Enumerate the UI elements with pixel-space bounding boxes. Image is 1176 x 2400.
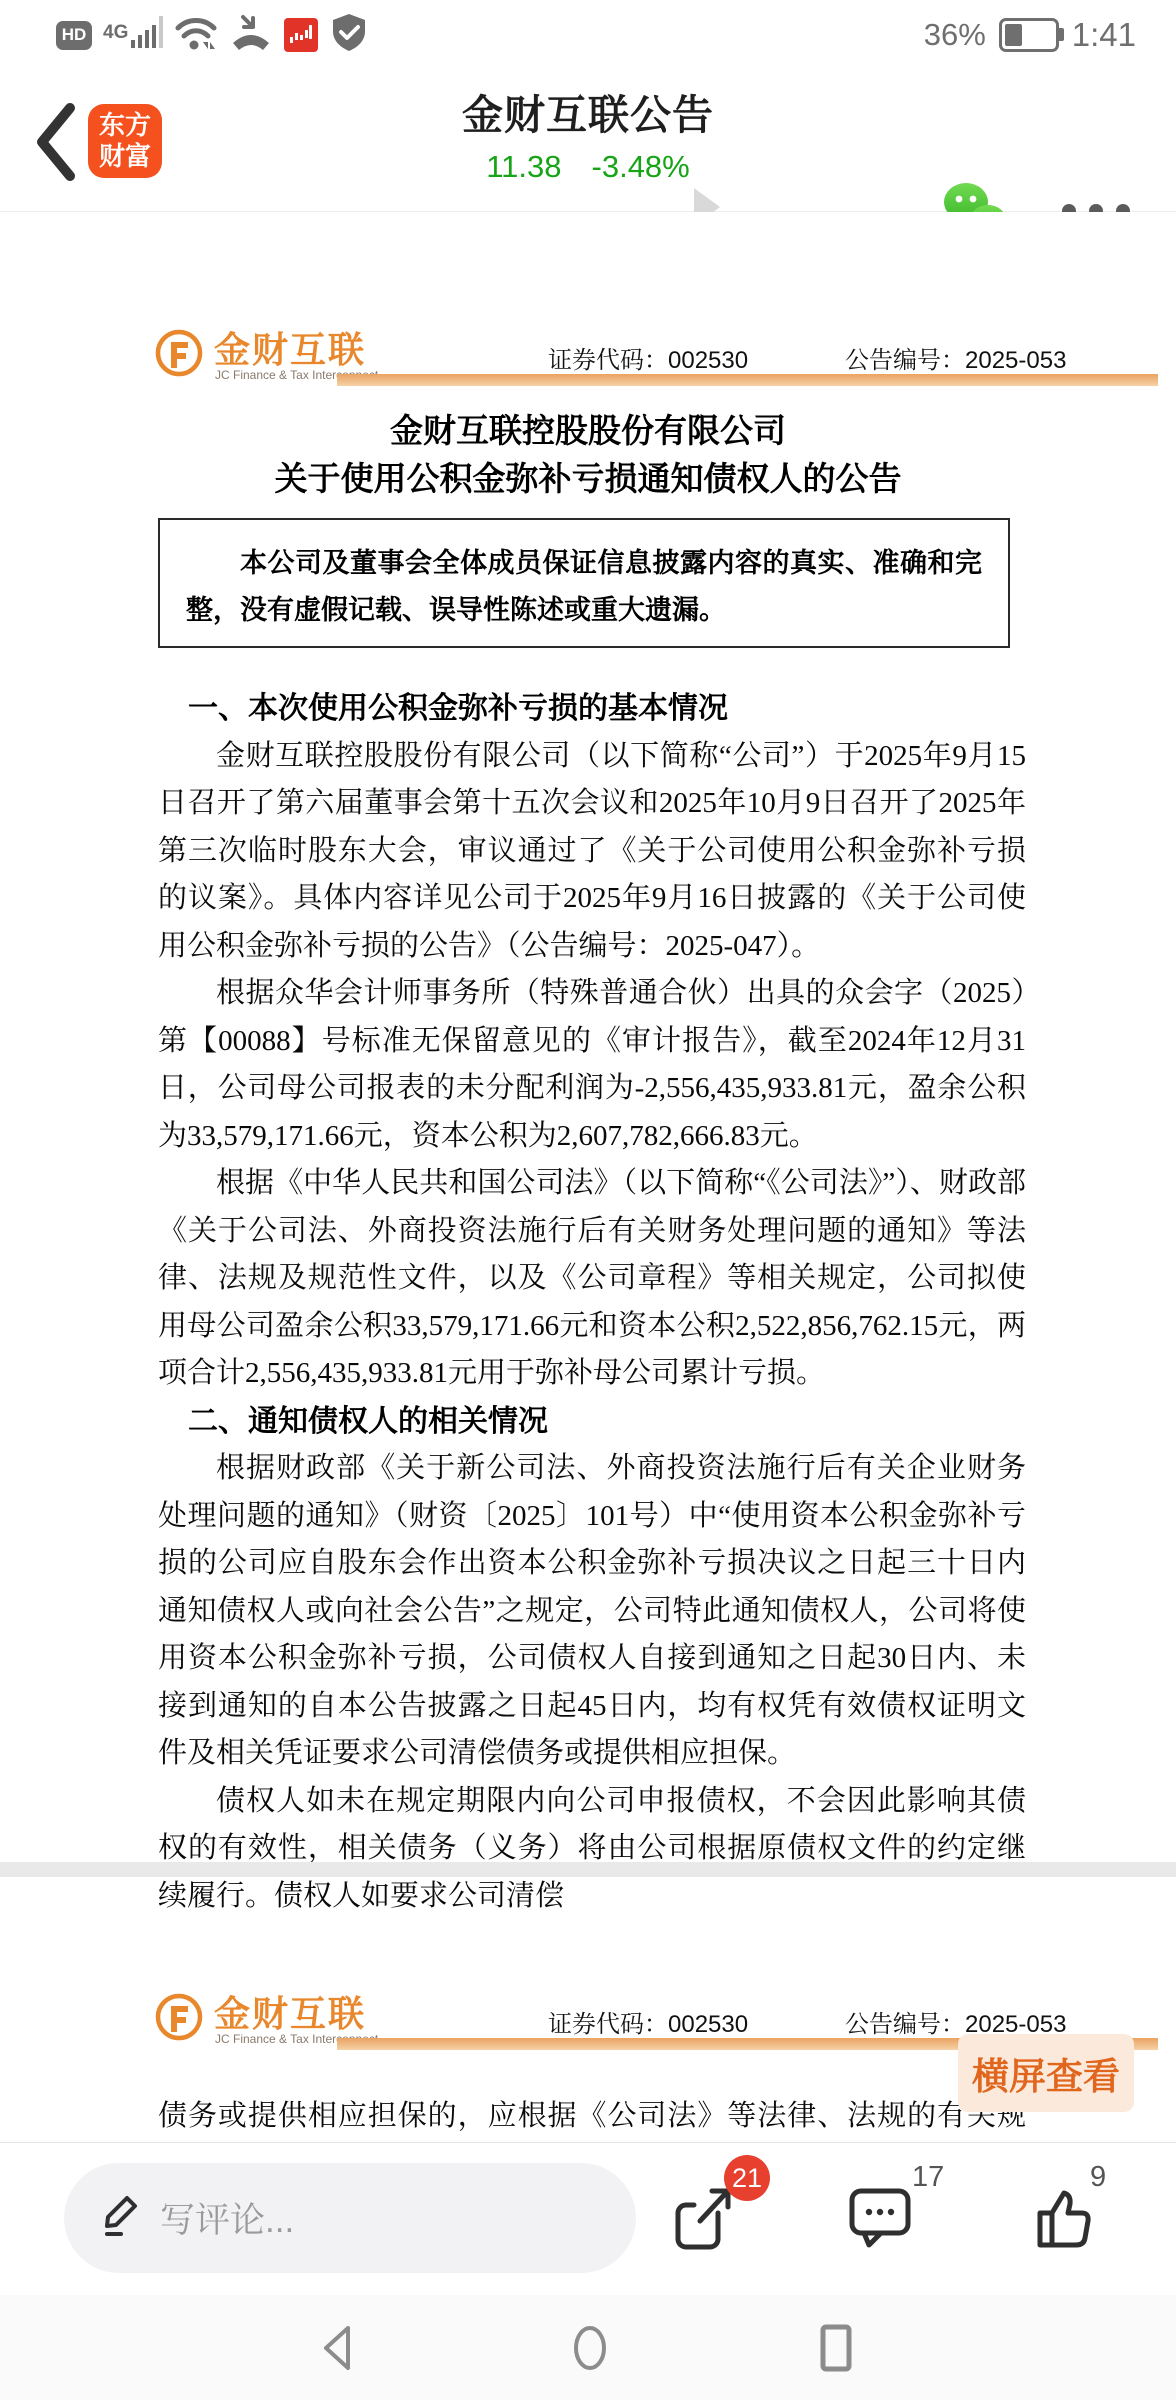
missed-call-icon	[229, 13, 273, 58]
battery-percent-label: 36%	[924, 17, 986, 53]
hd-indicator: HD	[56, 21, 92, 50]
wifi-icon	[174, 13, 218, 58]
status-right-cluster: 36% 1:41	[924, 0, 1136, 70]
stock-change-percent: -3.48%	[592, 149, 690, 185]
status-left-cluster: HD 4G	[56, 0, 369, 70]
notice-number-label: 公告编号：2025-053	[845, 340, 1066, 375]
android-back-button[interactable]	[316, 2323, 364, 2378]
stock-app-notification-icon	[284, 18, 318, 52]
app-header: 东方 财富 金财互联公告 11.38 -3.48%	[0, 70, 1176, 212]
thumbs-up-icon	[1032, 2187, 1094, 2256]
paragraph-3: 根据《中华人民共和国公司法》（以下简称“《公司法》”）、财政部《关于公司法、外商…	[158, 1160, 1026, 1398]
document-header-page1: 金财互联 JC Finance & Tax Interconnect 证券代码：…	[0, 328, 1176, 412]
share-icon	[672, 2187, 736, 2258]
android-nav-bar	[0, 2295, 1176, 2400]
document-body: 一、本次使用公积金弥补亏损的基本情况 金财互联控股股份有限公司（以下简称“公司”…	[158, 685, 1026, 1920]
android-home-button[interactable]	[566, 2323, 614, 2378]
comment-bubble-icon	[848, 2187, 912, 2254]
network-type-label: 4G	[103, 23, 128, 42]
stock-quote-row: 11.38 -3.48%	[200, 149, 976, 185]
jc-finance-logo-icon	[154, 1992, 204, 2047]
battery-icon	[999, 18, 1059, 52]
status-bar: HD 4G	[0, 0, 1176, 70]
share-count-badge: 21	[724, 2155, 770, 2201]
board-statement-box: 本公司及董事会全体成员保证信息披露内容的真实、准确和完整，没有虚假记载、误导性陈…	[158, 518, 1010, 648]
back-button[interactable]	[30, 100, 78, 184]
pencil-icon	[100, 2194, 140, 2243]
header-rule	[337, 374, 1158, 386]
paragraph-1: 金财互联控股股份有限公司（以下简称“公司”）于2025年9月15日召开了第六届董…	[158, 733, 1026, 971]
android-recents-button[interactable]	[812, 2323, 860, 2378]
stock-code-label: 证券代码：002530	[548, 2004, 748, 2039]
comment-toolbar: 写评论... 21 17	[0, 2142, 1176, 2295]
eastmoney-app-icon[interactable]: 东方 财富	[88, 104, 162, 178]
page-title: 金财互联公告	[200, 82, 976, 141]
paragraph-5: 债权人如未在规定期限内向公司申报债权，不会因此影响其债权的有效性，相关债务（义务…	[158, 1778, 1026, 1921]
company-brand-name: 金财互联	[214, 1986, 366, 2037]
document-title-line2: 关于使用公积金弥补亏损通知债权人的公告	[0, 456, 1176, 504]
document-title: 金财互联控股股份有限公司 关于使用公积金弥补亏损通知债权人的公告	[0, 408, 1176, 504]
comment-placeholder: 写评论...	[160, 2193, 294, 2243]
header-title-block: 金财互联公告 11.38 -3.48%	[200, 82, 976, 185]
stock-price: 11.38	[486, 149, 561, 185]
phone-screen: HD 4G	[0, 0, 1176, 2400]
comment-input[interactable]: 写评论...	[64, 2163, 636, 2273]
announcement-document: 金财互联 JC Finance & Tax Interconnect 证券代码：…	[0, 212, 1176, 2142]
security-shield-icon	[329, 12, 369, 59]
cellular-signal-icon: 4G	[103, 14, 163, 56]
document-title-line1: 金财互联控股股份有限公司	[0, 408, 1176, 456]
comment-count: 17	[912, 2161, 944, 2194]
like-count: 9	[1090, 2161, 1106, 2194]
stock-code-label: 证券代码：002530	[548, 340, 748, 375]
landscape-view-button[interactable]: 横屏查看	[958, 2034, 1134, 2112]
paragraph-4: 根据财政部《关于新公司法、外商投资法施行后有关企业财务处理问题的通知》（财资〔2…	[158, 1445, 1026, 1778]
paragraph-2: 根据众华会计师事务所（特殊普通合伙）出具的众会字（2025）第【00088】号标…	[158, 970, 1026, 1160]
section2-heading: 二、通知债权人的相关情况	[158, 1398, 1026, 1446]
page-break-divider	[0, 1862, 1176, 1877]
company-brand-name: 金财互联	[214, 322, 366, 373]
clock-label: 1:41	[1072, 16, 1136, 54]
section1-heading: 一、本次使用公积金弥补亏损的基本情况	[158, 685, 1026, 733]
jc-finance-logo-icon	[154, 328, 204, 383]
